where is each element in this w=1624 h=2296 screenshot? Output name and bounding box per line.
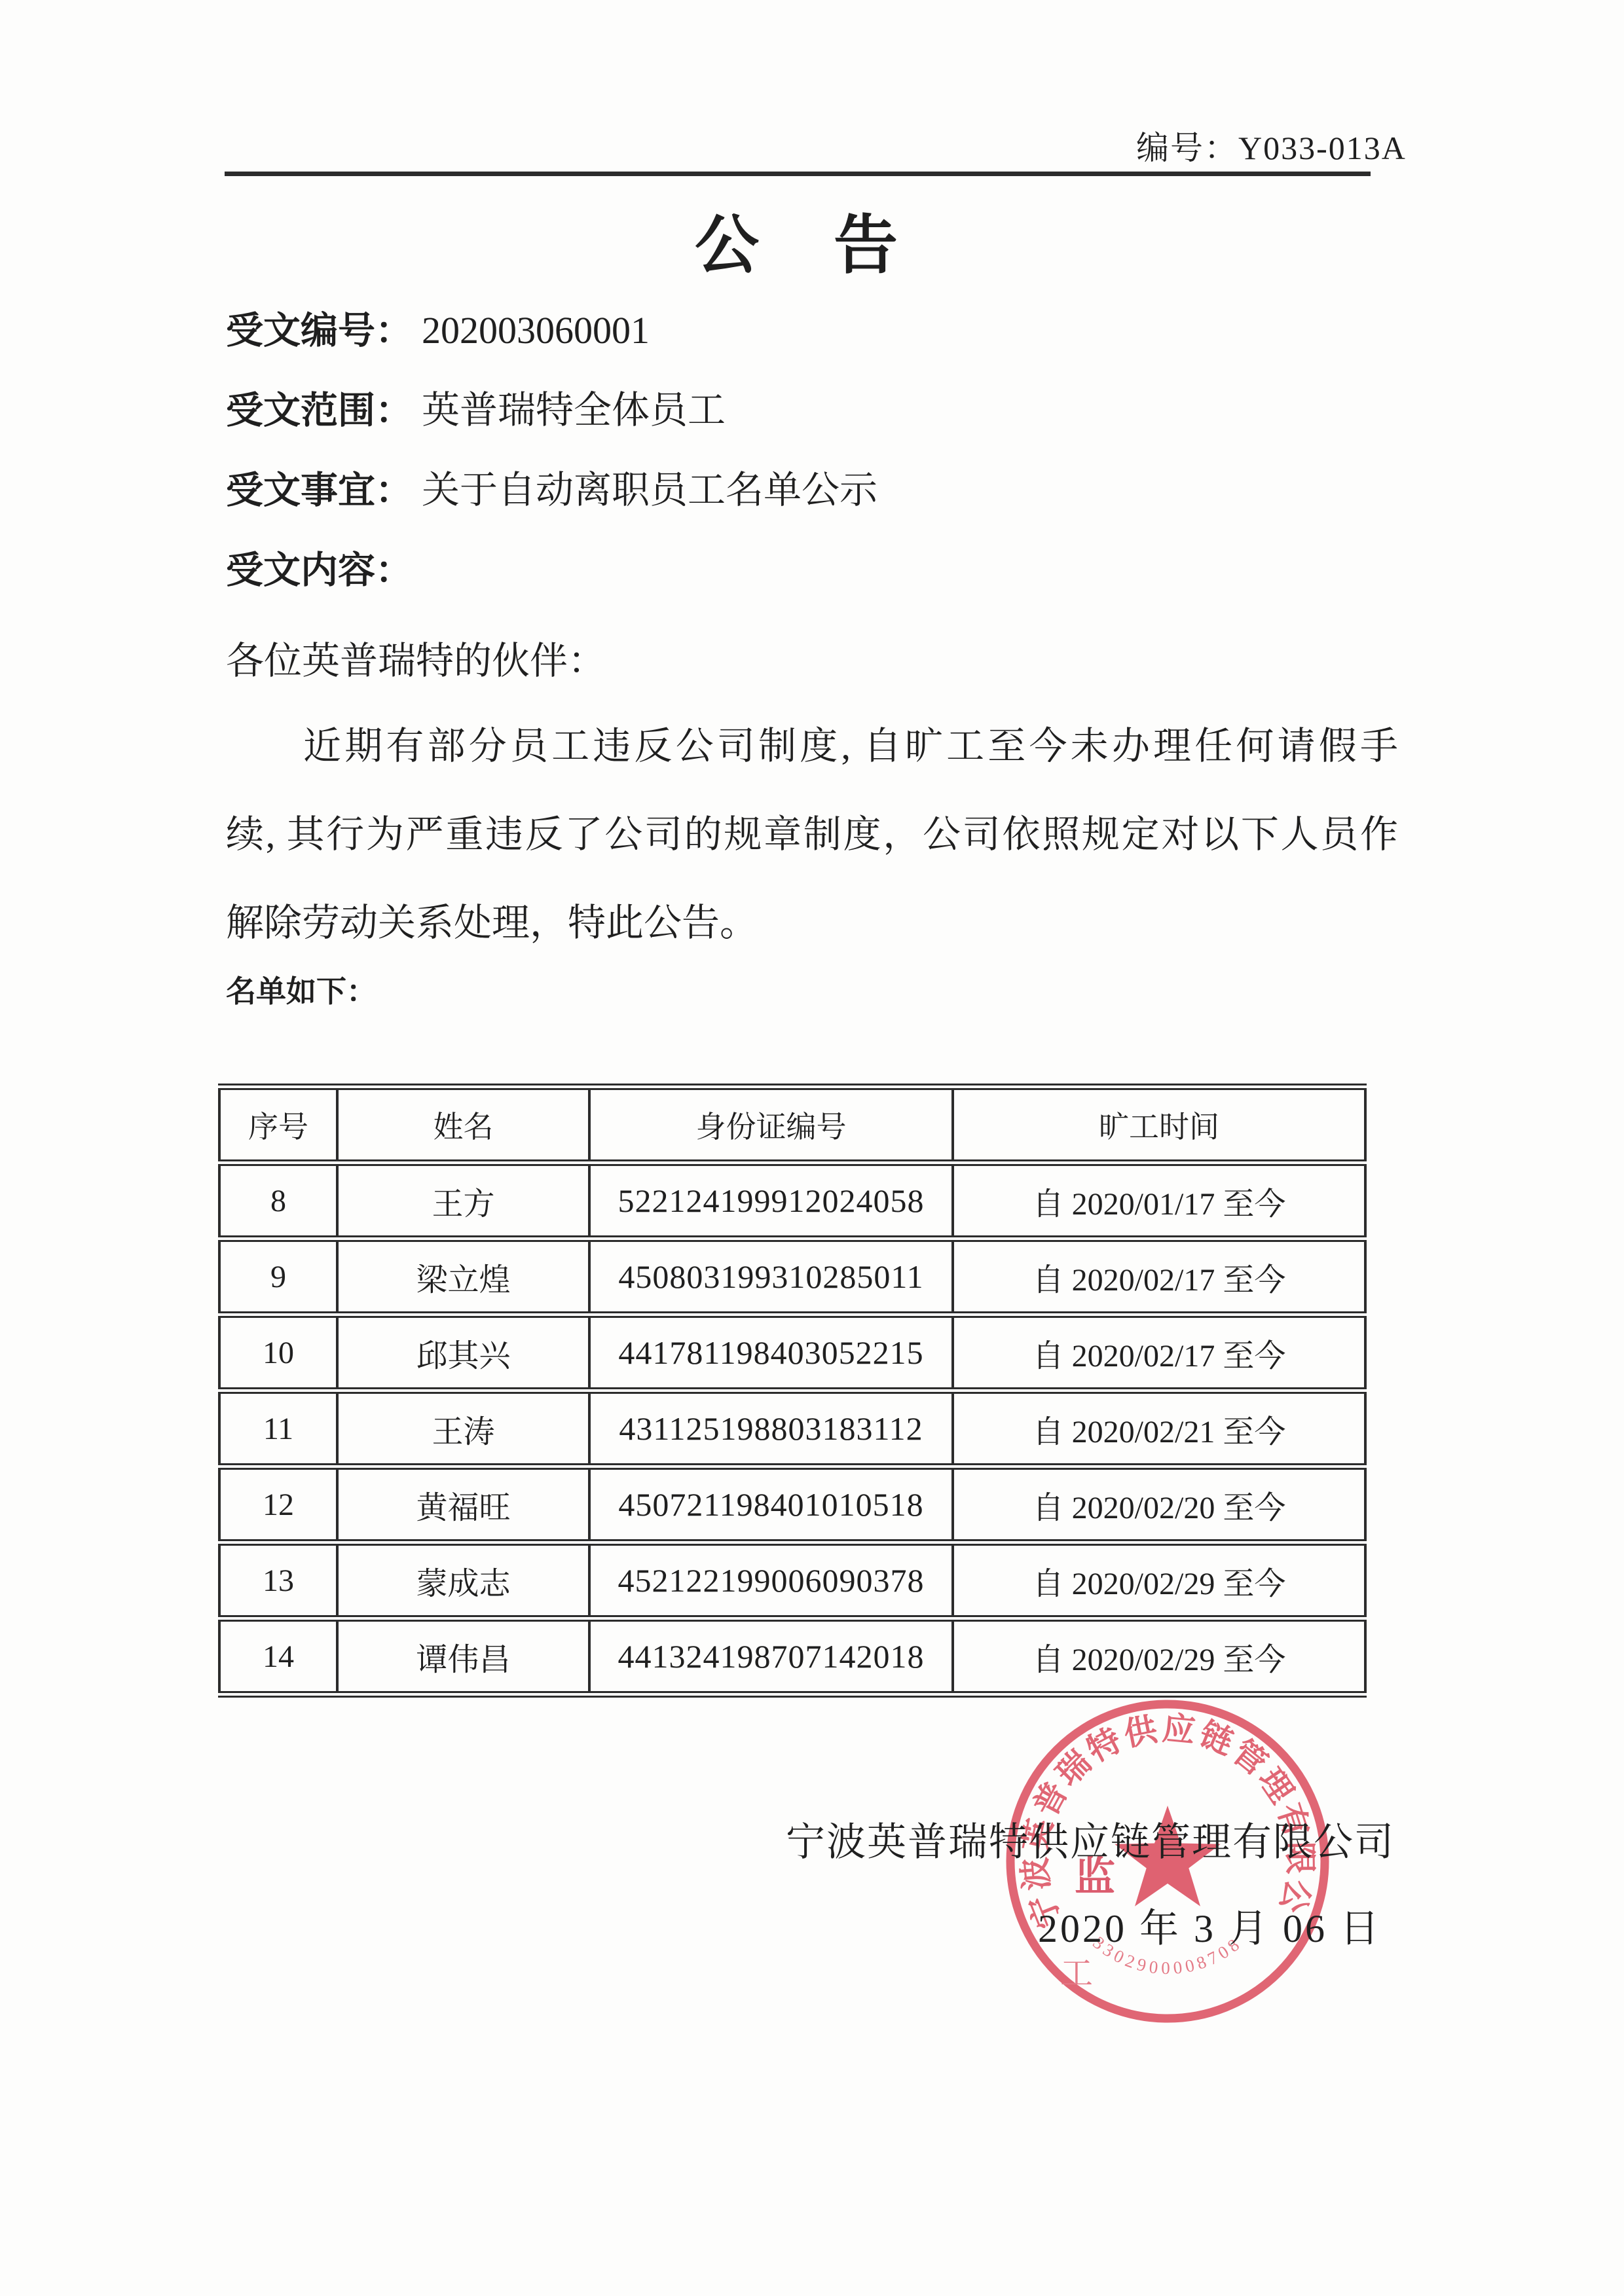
cell-absence: 自 2020/02/29 至今 (953, 1618, 1365, 1694)
table-row: 13 蒙成志 452122199006090378 自 2020/02/29 至… (219, 1542, 1365, 1618)
table-row: 14 谭伟昌 441324198707142018 自 2020/02/29 至… (219, 1618, 1365, 1694)
list-intro: 名单如下： (226, 968, 377, 1011)
doc-number: 编号：Y033-013A (1136, 122, 1407, 169)
cell-seq: 9 (219, 1239, 337, 1315)
meta-row-doc-id: 受文编号：202003060001 (226, 291, 877, 371)
cell-seq: 8 (219, 1163, 337, 1239)
meta-label: 受文内容： (226, 550, 413, 591)
table-row: 9 梁立煌 450803199310285011 自 2020/02/17 至今 (219, 1239, 1365, 1315)
table-row: 12 黄福旺 450721198401010518 自 2020/02/20 至… (219, 1467, 1365, 1542)
meta-value: 英普瑞特全体员工 (422, 389, 726, 431)
cell-name: 王涛 (337, 1391, 589, 1467)
cell-name: 蒙成志 (337, 1542, 589, 1618)
cell-name: 邱其兴 (337, 1315, 589, 1391)
table-row: 11 王涛 431125198803183112 自 2020/02/21 至今 (219, 1391, 1365, 1467)
meta-row-scope: 受文范围：英普瑞特全体员工 (226, 371, 877, 450)
cell-id: 522124199912024058 (589, 1163, 953, 1239)
cell-name: 王方 (337, 1163, 589, 1239)
paragraph-line: 解除劳动关系处理，特此公告。 (226, 879, 1398, 967)
dismissed-employees-table: 序号 姓名 身份证编号 旷工时间 8 王方 522124199912024058… (218, 1084, 1367, 1698)
header-rule (225, 172, 1371, 176)
greeting-line: 各位英普瑞特的伙伴： (226, 630, 606, 685)
paragraph-line: 续, 其行为严重违反了公司的规章制度，公司依照规定对以下人员作 (226, 790, 1398, 879)
cell-absence: 自 2020/01/17 至今 (953, 1163, 1365, 1239)
stamp-overprint-glyph: 工 (1060, 1955, 1093, 1992)
cell-id: 441781198403052215 (589, 1315, 953, 1391)
meta-label: 受文编号： (226, 310, 413, 352)
cell-name: 黄福旺 (337, 1467, 589, 1542)
meta-value: 202003060001 (422, 309, 650, 352)
signature-company: 宁波英普瑞特供应链管理有限公司 (786, 1811, 1395, 1867)
table-row: 10 邱其兴 441781198403052215 自 2020/02/17 至… (219, 1315, 1365, 1391)
meta-fields: 受文编号：202003060001 受文范围：英普瑞特全体员工 受文事宜：关于自… (226, 291, 877, 610)
meta-value: 关于自动离职员工名单公示 (422, 469, 877, 511)
cell-id: 452122199006090378 (589, 1542, 953, 1618)
cell-name: 谭伟昌 (337, 1618, 589, 1694)
body-paragraph: 近期有部分员工违反公司制度, 自旷工至今未办理任何请假手 续, 其行为严重违反了… (226, 702, 1398, 967)
page-title: 公 告 (0, 194, 1598, 286)
col-header-seq: 序号 (219, 1087, 337, 1163)
cell-absence: 自 2020/02/17 至今 (953, 1239, 1365, 1315)
signature-date: 2020 年 3 月 06 日 (1038, 1897, 1382, 1954)
col-header-id: 身份证编号 (589, 1087, 953, 1163)
paragraph-line: 近期有部分员工违反公司制度, 自旷工至今未办理任何请假手 (226, 702, 1398, 790)
meta-row-subject: 受文事宜：关于自动离职员工名单公示 (226, 450, 877, 530)
table-row: 8 王方 522124199912024058 自 2020/01/17 至今 (219, 1163, 1365, 1239)
cell-absence: 自 2020/02/29 至今 (953, 1542, 1365, 1618)
cell-id: 450721198401010518 (589, 1467, 953, 1542)
cell-seq: 10 (219, 1315, 337, 1391)
table-header-row: 序号 姓名 身份证编号 旷工时间 (219, 1087, 1365, 1163)
cell-name: 梁立煌 (337, 1239, 589, 1315)
cell-seq: 11 (219, 1391, 337, 1467)
cell-absence: 自 2020/02/21 至今 (953, 1391, 1365, 1467)
cell-seq: 13 (219, 1542, 337, 1618)
cell-seq: 14 (219, 1618, 337, 1694)
cell-id: 450803199310285011 (589, 1239, 953, 1315)
cell-absence: 自 2020/02/17 至今 (953, 1315, 1365, 1391)
announcement-page: 编号：Y033-013A 公 告 受文编号：202003060001 受文范围：… (0, 0, 1624, 2296)
meta-row-content: 受文内容： (226, 530, 877, 610)
meta-label: 受文范围： (226, 390, 413, 431)
cell-seq: 12 (219, 1467, 337, 1542)
col-header-absence: 旷工时间 (953, 1087, 1365, 1163)
cell-id: 431125198803183112 (589, 1391, 953, 1467)
meta-label: 受文事宜： (226, 470, 413, 511)
cell-absence: 自 2020/02/20 至今 (953, 1467, 1365, 1542)
cell-id: 441324198707142018 (589, 1618, 953, 1694)
col-header-name: 姓名 (337, 1087, 589, 1163)
